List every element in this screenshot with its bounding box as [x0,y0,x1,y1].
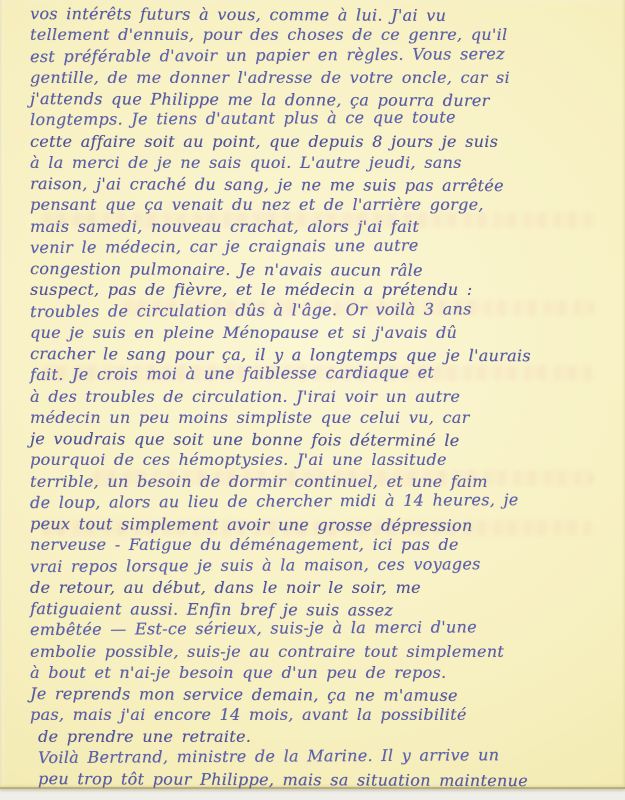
letter-line: pourquoi de ces hémoptysies. J'ai une la… [30,449,621,470]
scanned-letter: vos intérêts futurs à vous, comme à lui.… [0,0,625,800]
letter-line: de loup, alors au lieu de chercher midi … [30,488,621,513]
letter-line: Voilà Bertrand, ministre de la Marine. I… [38,743,621,768]
letter-line: pas, mais j'ai encore 14 mois, avant la … [30,704,621,725]
letter-line: congestion pulmonaire. Je n'avais aucun … [30,258,621,282]
letter-page: vos intérêts futurs à vous, comme à lui.… [0,0,625,789]
letter-line: à des troubles de circulation. J'irai vo… [30,386,621,407]
paper-bottom-edge [0,787,625,789]
letter-line: embolie possible, suis-je au contraire t… [30,641,621,662]
letter-line: que je suis en pleine Ménopause et si j'… [30,322,621,343]
letter-line: embêtée — Est-ce sérieux, suis-je à la m… [30,616,621,641]
letter-line: pensant que ça venait du nez et de l'arr… [30,194,621,215]
letter-line: longtemps. Je tiens d'autant plus à ce q… [30,106,621,131]
letter-line: Je reprends mon service demain, ça ne m'… [30,683,621,707]
letter-line: vos intérêts futurs à vous, comme à lui.… [30,3,621,27]
letter-line: de retour, au début, dans le noir le soi… [30,577,621,598]
letter-line: je voudrais que soit une bonne fois déte… [30,428,621,452]
letter-line: troubles de circulation dûs à l'âge. Or … [30,297,621,322]
letter-line: est préférable d'avoir un papier en règl… [30,42,621,67]
letter-body: vos intérêts futurs à vous, comme à lui.… [30,3,621,789]
letter-line: vrai repos lorsque je suis à la maison, … [30,552,621,577]
letter-line: peux tout simplement avoir une grosse dé… [30,513,621,537]
letter-line: venir le médecin, car je craignais une a… [30,233,621,258]
letter-line: à bout et n'ai-je besoin que d'un peu de… [30,662,621,683]
letter-line: raison, j'ai craché du sang, je ne me su… [30,173,621,197]
letter-line: médecin un peu moins simpliste que celui… [30,407,621,428]
letter-line: à la merci de je ne sais quoi. L'autre j… [30,152,621,173]
letter-line: gentille, de me donner l'adresse de votr… [30,67,621,88]
letter-line: cette affaire soit au point, que depuis … [30,131,621,152]
letter-line: fait. Je crois moi à une faiblesse cardi… [30,361,621,386]
